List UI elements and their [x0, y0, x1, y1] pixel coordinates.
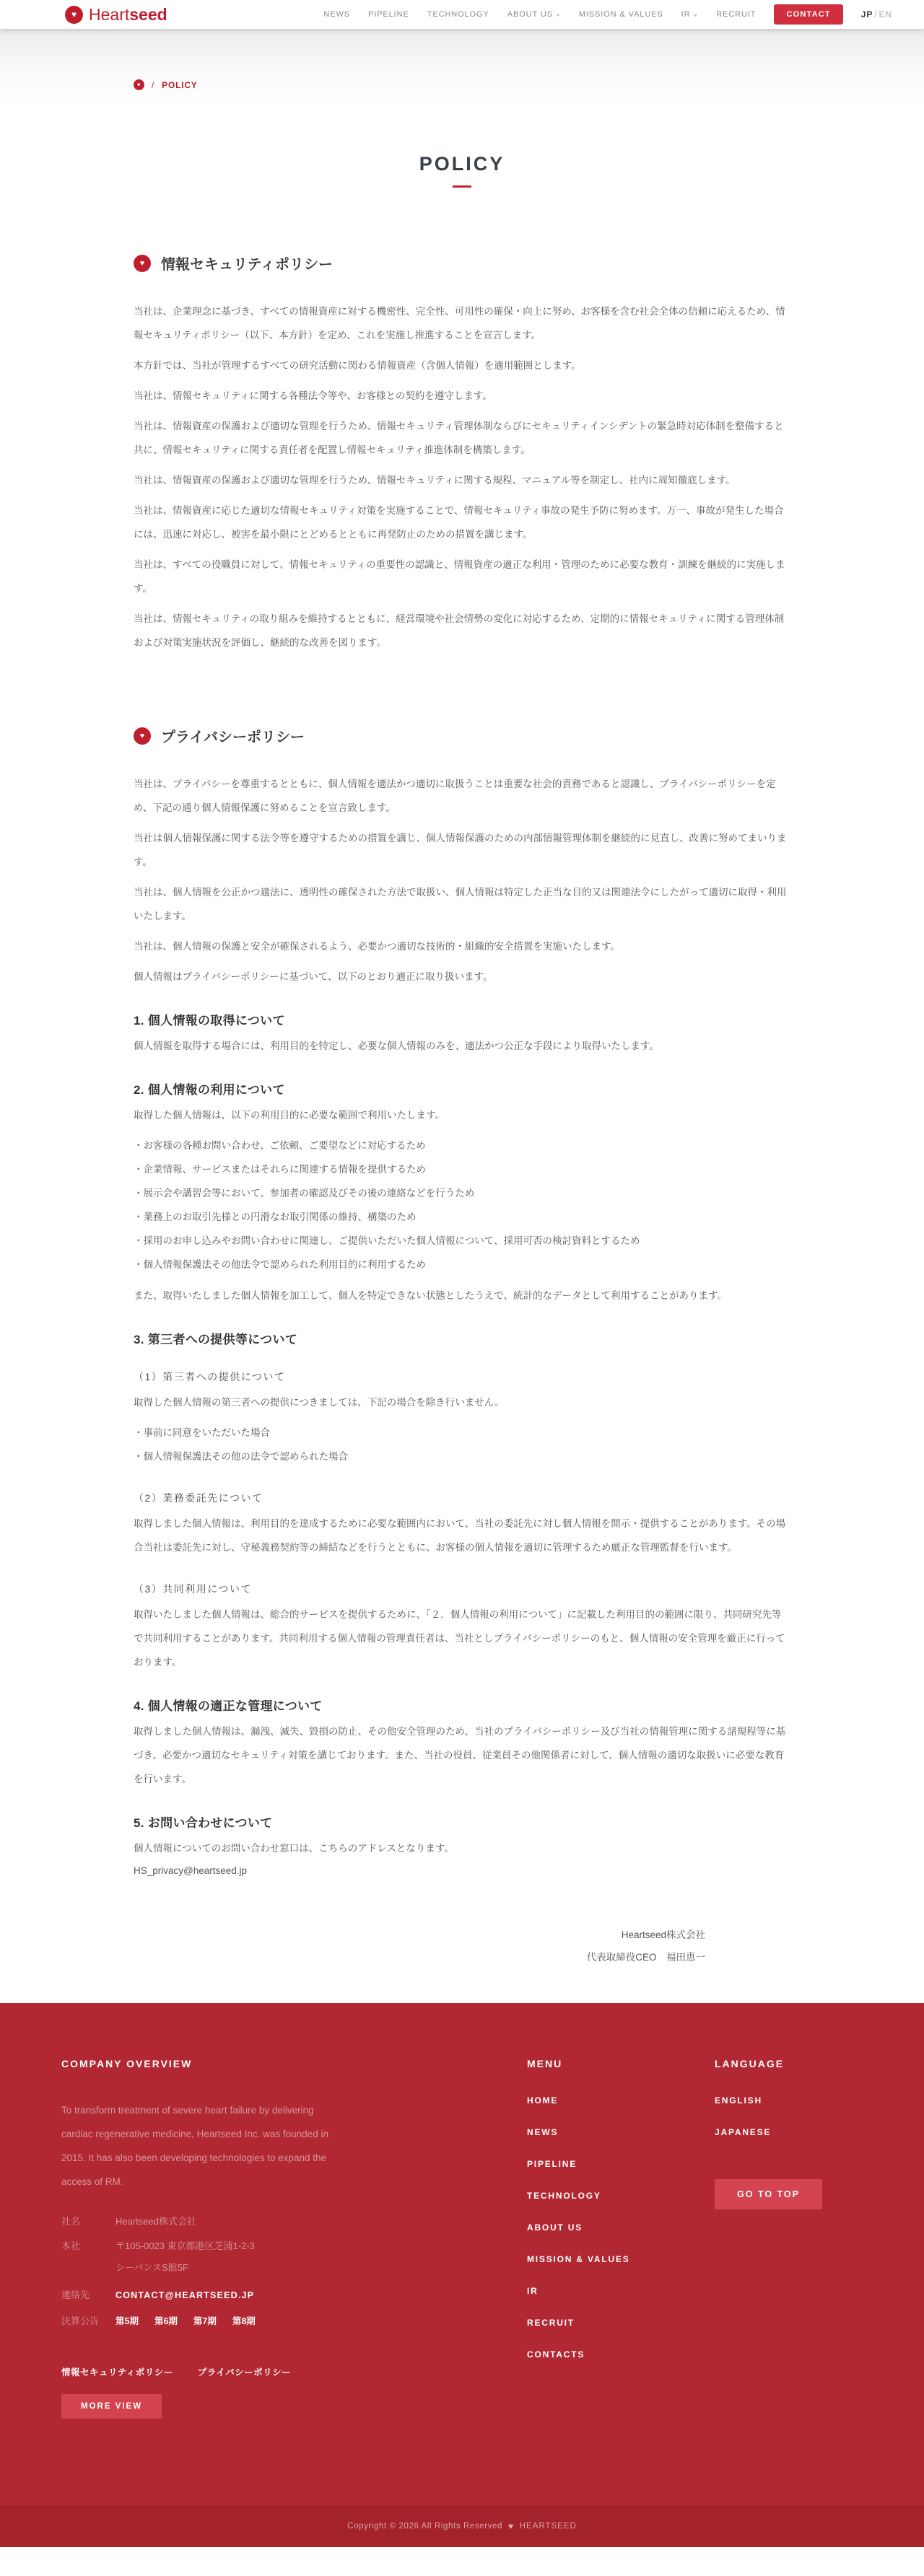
- policy-paragraph: 当社は、情報セキュリティに関する各種法令等や、お客様との契約を遵守します。: [134, 384, 790, 408]
- chevron-down-icon: ∨: [556, 12, 561, 17]
- policy-paragraph: 個人情報はプライバシーポリシーに基づいて、以下のとおり適正に取り扱います。: [134, 965, 790, 989]
- footer-link-ir[interactable]: IR: [527, 2286, 715, 2296]
- list-item: ・企業情報、サービスまたはそれらに関連する情報を提供するため: [134, 1157, 790, 1181]
- security-policy-link[interactable]: 情報セキュリティポリシー: [61, 2365, 173, 2378]
- privacy-policy-section: ♥ プライバシーポリシー 当社は、プライバシーを尊重するとともに、個人情報を適法…: [134, 725, 790, 1968]
- policy-paragraph: 取得した個人情報は、以下の利用目的に必要な範囲で利用いたします。: [134, 1103, 790, 1127]
- heart-icon: ♥: [508, 2521, 514, 2531]
- nav-item-pipeline[interactable]: PIPELINE: [368, 10, 409, 19]
- page-top-band: ♥ / POLICY: [0, 29, 924, 115]
- nav-item-ir-label: IR: [681, 10, 691, 19]
- nav-item-ir[interactable]: IR∨: [681, 10, 699, 19]
- chevron-down-icon: ∨: [693, 12, 698, 17]
- lang-en[interactable]: EN: [879, 9, 892, 19]
- language-switcher: JP / EN: [861, 9, 892, 19]
- copyright-bar: Copyright © 2026 All Rights Reserved ♥ H…: [0, 2505, 924, 2547]
- policy-paragraph: 個人情報についてのお問い合わせ窓口は、こちらのアドレスとなります。: [134, 1836, 790, 1860]
- footer-link-technology[interactable]: TECHNOLOGY: [527, 2191, 715, 2201]
- policy-paragraph: 個人情報を取得する場合には、利用目的を特定し、必要な個人情報のみを、適法かつ公正…: [134, 1034, 790, 1058]
- list-item: ・個人情報保護法その他法令で認められた利用目的に利用するため: [134, 1253, 790, 1276]
- footer-link-pipeline[interactable]: PIPELINE: [527, 2159, 715, 2169]
- signature-company: Heartseed株式会社: [134, 1924, 705, 1946]
- brand-logo[interactable]: ♥ Heartseed: [65, 6, 167, 24]
- main-nav: NEWS PIPELINE TECHNOLOGY ABOUT US∨ MISSI…: [323, 4, 892, 25]
- policy-paragraph: 当社は、情報資産に応じた適切な情報セキュリティ対策を実施することで、情報セキュリ…: [134, 499, 790, 546]
- policy-paragraph: 取得した個人情報の第三者への提供につきましては、下記の場合を除き行いません。: [134, 1390, 790, 1414]
- lang-jp[interactable]: JP: [861, 9, 873, 19]
- company-name-row: 社名 Heartseed株式会社: [61, 2211, 426, 2233]
- policy-paragraph: 当社は、情報資産の保護および適切な管理を行うため、情報セキュリティ管理体制ならび…: [134, 414, 790, 462]
- policy-paragraph: 取得いたしました個人情報は、総合的サービスを提供するために、「２．個人情報の利用…: [134, 1603, 790, 1674]
- section-5-title: 5. お問い合わせについて: [134, 1813, 790, 1831]
- site-header: ♥ Heartseed NEWS PIPELINE TECHNOLOGY ABO…: [0, 0, 924, 29]
- page-title: POLICY: [134, 153, 790, 175]
- financial-term-5-link[interactable]: 第5期: [115, 2310, 139, 2332]
- heart-icon: ♥: [134, 727, 151, 745]
- contact-label: 連絡先: [61, 2284, 115, 2306]
- policy-paragraph: また、取得いたしました個人情報を加工して、個人を特定できない状態としたうえで、統…: [134, 1284, 790, 1307]
- financial-term-6-link[interactable]: 第6期: [154, 2310, 178, 2332]
- footer-link-contacts[interactable]: CONTACTS: [527, 2349, 715, 2360]
- company-overview-description: To transform treatment of severe heart f…: [61, 2098, 330, 2194]
- nav-item-news[interactable]: NEWS: [323, 10, 350, 19]
- company-overview-heading: COMPANY OVERVIEW: [61, 2058, 426, 2069]
- policy-paragraph: 取得しました個人情報は、漏洩、滅失、毀損の防止、その他安全管理のため、当社のプラ…: [134, 1719, 790, 1791]
- footer-link-news[interactable]: NEWS: [527, 2127, 715, 2137]
- section-4-title: 4. 個人情報の適正な管理について: [134, 1696, 790, 1714]
- copyright-brand: HEARTSEED: [520, 2522, 577, 2531]
- nav-item-about-us-label: ABOUT US: [507, 10, 553, 19]
- footer-link-english[interactable]: ENGLISH: [715, 2095, 888, 2106]
- brand-name: Heartseed: [89, 6, 167, 23]
- headquarters-value: 〒105-0023 東京都港区芝浦1-2-3 シーバンスS館5F: [115, 2235, 255, 2279]
- go-to-top-button[interactable]: GO TO TOP: [715, 2179, 822, 2209]
- menu-heading: MENU: [527, 2058, 715, 2069]
- policy-paragraph: 本方針では、当社が管理するすべての研究活動に関わる情報資産（含個人情報）を適用範…: [134, 354, 790, 377]
- footer-link-mission-values[interactable]: MISSION & VALUES: [527, 2254, 715, 2264]
- list-item: ・展示会や講習会等において、参加者の確認及びその後の連絡などを行うため: [134, 1181, 790, 1205]
- list-item: ・事前に同意をいただいた場合: [134, 1421, 790, 1445]
- footer-company-overview: COMPANY OVERVIEW To transform treatment …: [61, 2058, 426, 2419]
- policy-paragraph: 当社は、情報資産の保護および適切な管理を行うため、情報セキュリティに関する規程、…: [134, 468, 790, 492]
- heart-icon: ♥: [134, 255, 151, 272]
- contact-email-link[interactable]: CONTACT@HEARTSEED.JP: [115, 2284, 254, 2306]
- financial-term-7-link[interactable]: 第7期: [193, 2310, 217, 2332]
- company-name-value: Heartseed株式会社: [115, 2211, 196, 2233]
- list-item: ・お客様の各種お問い合わせ、ご依頼、ご要望などに対応するため: [134, 1134, 790, 1157]
- breadcrumb-divider: /: [152, 80, 154, 90]
- financial-report-label: 決算公告: [61, 2310, 115, 2332]
- security-policy-heading-text: 情報セキュリティポリシー: [161, 253, 333, 273]
- list-item: ・個人情報保護法その他の法令で認められた場合: [134, 1445, 790, 1468]
- list-item: ・採用のお申し込みやお問い合わせに関連し、ご提供いただいた個人情報について、採用…: [134, 1229, 790, 1253]
- privacy-policy-link[interactable]: プライバシーポリシー: [198, 2365, 291, 2378]
- breadcrumb-current-page: POLICY: [162, 80, 197, 90]
- footer-link-japanese[interactable]: JAPANESE: [715, 2127, 888, 2137]
- breadcrumb: ♥ / POLICY: [134, 29, 924, 90]
- footer-policy-links: 情報セキュリティポリシー プライバシーポリシー: [61, 2365, 426, 2378]
- contact-button[interactable]: CONTACT: [774, 4, 842, 25]
- list-item: ・業務上のお取引先様との円滑なお取引関係の維持、構築のため: [134, 1205, 790, 1229]
- nav-item-mission-values[interactable]: MISSION & VALUES: [579, 10, 663, 19]
- policy-paragraph: 当社は、企業理念に基づき、すべての情報資産に対する機密性、完全性、可用性の確保・…: [134, 299, 790, 347]
- site-footer: COMPANY OVERVIEW To transform treatment …: [0, 2003, 924, 2547]
- usage-purpose-list: ・お客様の各種お問い合わせ、ご依頼、ご要望などに対応するため ・企業情報、サービ…: [134, 1134, 790, 1276]
- main-content: POLICY ♥ 情報セキュリティポリシー 当社は、企業理念に基づき、すべての情…: [134, 153, 790, 2003]
- policy-paragraph: 当社は個人情報保護に関する法令等を遵守するための措置を講じ、個人情報保護のための…: [134, 826, 790, 874]
- section-3-title: 3. 第三者への提供等について: [134, 1329, 790, 1347]
- subsection-2-title: （2）業務委託先について: [134, 1487, 790, 1509]
- policy-paragraph: 当社は、プライバシーを尊重するとともに、個人情報を適法かつ適切に取扱うことは重要…: [134, 772, 790, 820]
- home-heart-icon[interactable]: ♥: [134, 79, 144, 90]
- lang-divider: /: [874, 9, 877, 19]
- signature-block: Heartseed株式会社 代表取締役CEO 福田恵一: [134, 1924, 790, 1968]
- footer-menu: MENU HOME NEWS PIPELINE TECHNOLOGY ABOUT…: [527, 2058, 715, 2419]
- contact-row: 連絡先 CONTACT@HEARTSEED.JP: [61, 2284, 426, 2306]
- copyright-text: Copyright © 2026 All Rights Reserved: [347, 2522, 502, 2531]
- nav-item-technology[interactable]: TECHNOLOGY: [427, 10, 489, 19]
- privacy-policy-heading-text: プライバシーポリシー: [161, 725, 305, 746]
- section-1-title: 1. 個人情報の取得について: [134, 1010, 790, 1028]
- footer-link-recruit[interactable]: RECRUIT: [527, 2318, 715, 2328]
- footer-link-about-us[interactable]: ABOUT US: [527, 2222, 715, 2233]
- section-2-title: 2. 個人情報の利用について: [134, 1079, 790, 1098]
- financial-term-8-link[interactable]: 第8期: [232, 2310, 256, 2332]
- title-divider: [453, 185, 471, 188]
- subsection-1-title: （1）第三者への提供について: [134, 1366, 790, 1388]
- more-view-button[interactable]: MORE VIEW: [61, 2394, 162, 2419]
- subsection-3-title: （3）共同利用について: [134, 1578, 790, 1600]
- footer-language: LANGUAGE ENGLISH JAPANESE GO TO TOP: [715, 2058, 888, 2419]
- security-policy-heading: ♥ 情報セキュリティポリシー: [134, 253, 790, 273]
- footer-link-home[interactable]: HOME: [527, 2095, 715, 2106]
- policy-paragraph: 当社は、すべての役職員に対して、情報セキュリティの重要性の認識と、情報資産の適正…: [134, 553, 790, 600]
- headquarters-label: 本社: [61, 2235, 115, 2279]
- financial-report-row: 決算公告 第5期 第6期 第7期 第8期: [61, 2310, 426, 2332]
- language-heading: LANGUAGE: [715, 2058, 888, 2069]
- signature-ceo: 代表取締役CEO 福田恵一: [134, 1946, 705, 1968]
- nav-item-recruit[interactable]: RECRUIT: [716, 10, 756, 19]
- headquarters-row: 本社 〒105-0023 東京都港区芝浦1-2-3 シーバンスS館5F: [61, 2235, 426, 2279]
- policy-paragraph: 当社は、個人情報を公正かつ適法に、透明性の確保された方法で取扱い、個人情報は特定…: [134, 880, 790, 928]
- privacy-contact-email[interactable]: HS_privacy@heartseed.jp: [134, 1860, 790, 1882]
- privacy-policy-heading: ♥ プライバシーポリシー: [134, 725, 790, 746]
- policy-paragraph: 取得しました個人情報は、利用目的を達成するために必要な範囲内において、当社の委託…: [134, 1512, 790, 1559]
- heartseed-heart-icon: ♥: [65, 6, 83, 24]
- company-name-label: 社名: [61, 2211, 115, 2233]
- third-party-exception-list: ・事前に同意をいただいた場合 ・個人情報保護法その他の法令で認められた場合: [134, 1421, 790, 1468]
- policy-paragraph: 当社は、情報セキュリティの取り組みを維持するとともに、経営環境や社会情勢の変化に…: [134, 607, 790, 654]
- policy-paragraph: 当社は、個人情報の保護と安全が確保されるよう、必要かつ適切な技術的・組織的安全措…: [134, 934, 790, 958]
- security-policy-section: ♥ 情報セキュリティポリシー 当社は、企業理念に基づき、すべての情報資産に対する…: [134, 253, 790, 654]
- nav-item-about-us[interactable]: ABOUT US∨: [507, 10, 561, 19]
